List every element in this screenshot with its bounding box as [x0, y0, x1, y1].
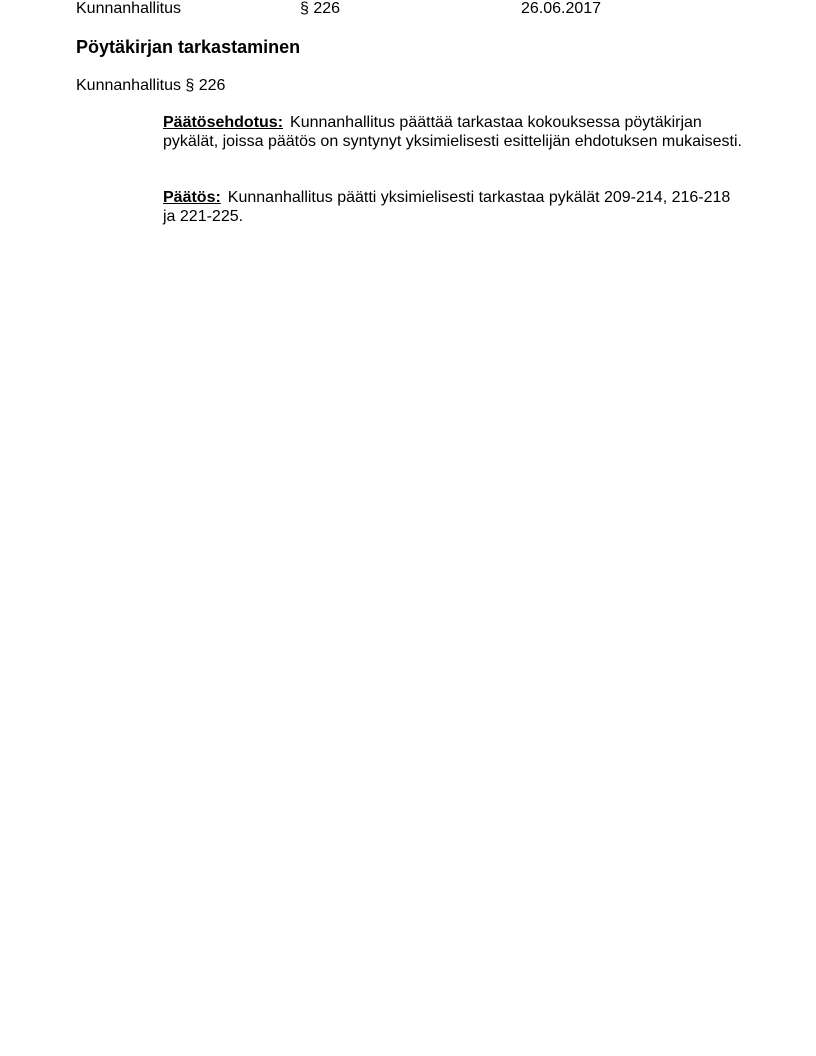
page-title: Pöytäkirjan tarkastaminen	[76, 36, 300, 58]
decision-paragraph: Päätös:Kunnanhallitus päätti yksimielise…	[163, 189, 743, 226]
proposal-label: Päätösehdotus:	[163, 114, 283, 131]
header-section-number: § 226	[300, 0, 340, 19]
decision-label: Päätös:	[163, 189, 221, 206]
decision-text: Kunnanhallitus päätti yksimielisesti tar…	[163, 189, 730, 225]
section-reference: Kunnanhallitus § 226	[76, 76, 225, 96]
proposal-paragraph: Päätösehdotus:Kunnanhallitus päättää tar…	[163, 114, 743, 151]
header-body-name: Kunnanhallitus	[76, 0, 181, 19]
header-date: 26.06.2017	[521, 0, 601, 19]
document-header: Kunnanhallitus § 226 26.06.2017	[76, 0, 776, 19]
